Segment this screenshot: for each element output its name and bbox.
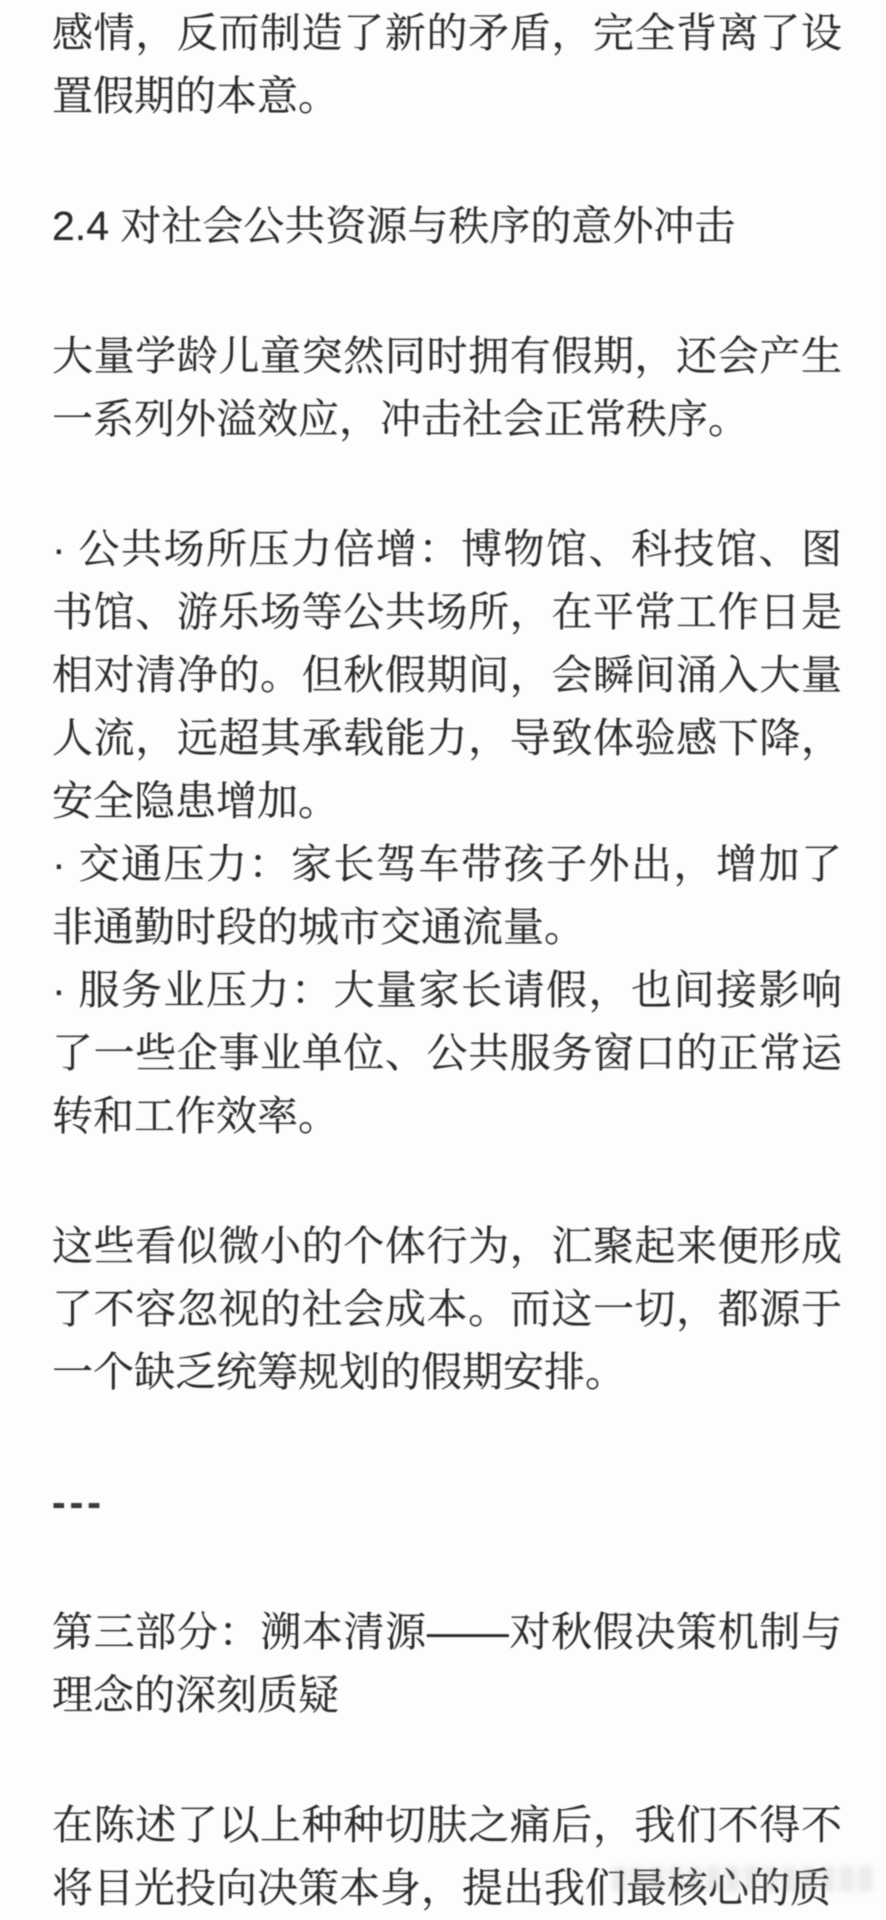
paragraph-core-question-start: 在陈述了以上种种切肤之痛后，我们不得不将目光投向决策本身，提出我们最核心的质: [52, 1794, 842, 1920]
screenshot-body: { "page": { "background_color": "#fbfbfb…: [0, 0, 886, 1920]
section-heading-2-4: 2.4 对社会公共资源与秩序的意外冲击: [52, 195, 842, 258]
paragraph-social-cost-summary: 这些看似微小的个体行为，汇聚起来便形成了不容忽视的社会成本。而这一切，都源于一个…: [52, 1215, 842, 1404]
document-page: 感情，反而制造了新的矛盾，完全背离了设置假期的本意。 2.4 对社会公共资源与秩…: [0, 0, 886, 1920]
bullet-traffic-pressure: · 交通压力：家长驾车带孩子外出，增加了非通勤时段的城市交通流量。: [52, 833, 842, 959]
paragraph-spillover-intro: 大量学龄儿童突然同时拥有假期，还会产生一系列外溢效应，冲击社会正常秩序。: [52, 325, 842, 451]
markdown-dash-divider: ---: [52, 1471, 842, 1534]
paragraph-holiday-intent-conclusion: 感情，反而制造了新的矛盾，完全背离了设置假期的本意。: [52, 2, 842, 128]
document-text-column: 感情，反而制造了新的矛盾，完全背离了设置假期的本意。 2.4 对社会公共资源与秩…: [52, 2, 842, 1920]
bullet-service-industry-pressure: · 服务业压力：大量家长请假，也间接影响了一些企事业单位、公共服务窗口的正常运转…: [52, 959, 842, 1148]
section-heading-part-three: 第三部分：溯本清源——对秋假决策机制与理念的深刻质疑: [52, 1601, 842, 1727]
bullet-public-places-pressure: · 公共场所压力倍增：博物馆、科技馆、图书馆、游乐场等公共场所，在平常工作日是相…: [52, 518, 842, 833]
